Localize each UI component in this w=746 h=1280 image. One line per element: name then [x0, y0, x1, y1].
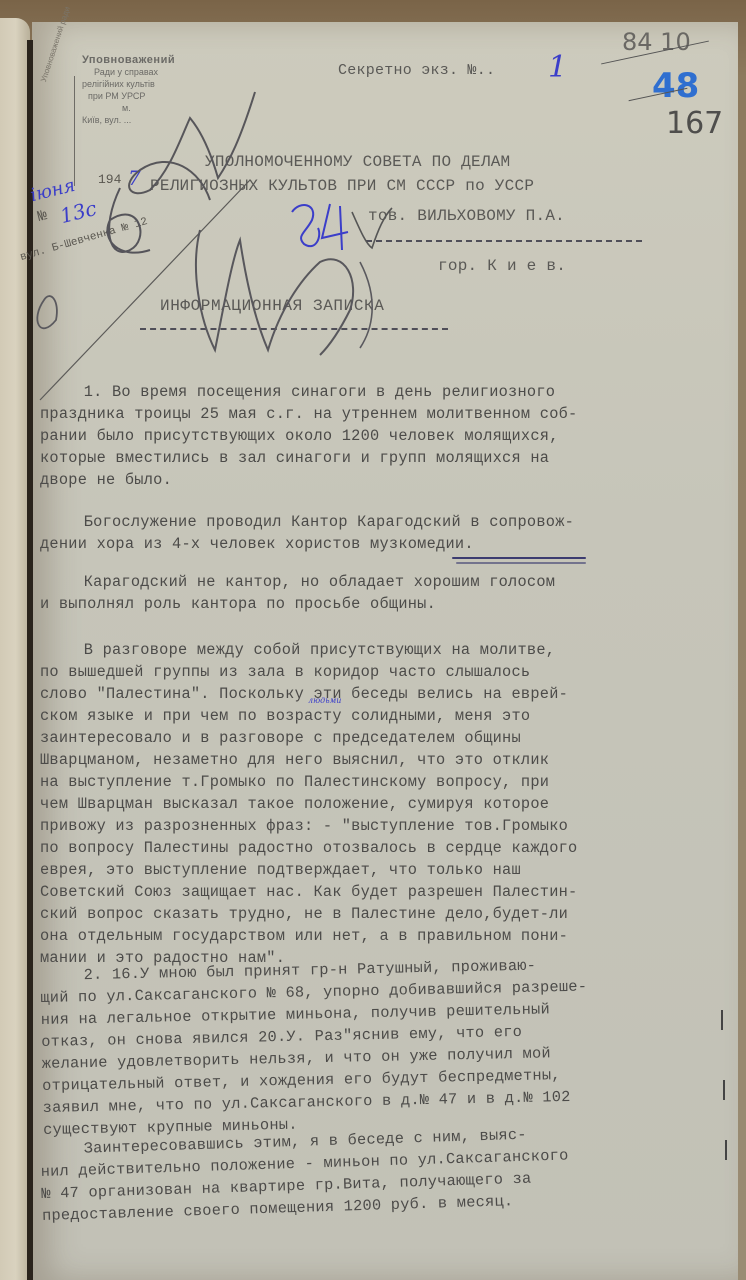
- paragraph-6: Заинтересовавшись этим, я в беседе с ним…: [0, 0, 746, 1280]
